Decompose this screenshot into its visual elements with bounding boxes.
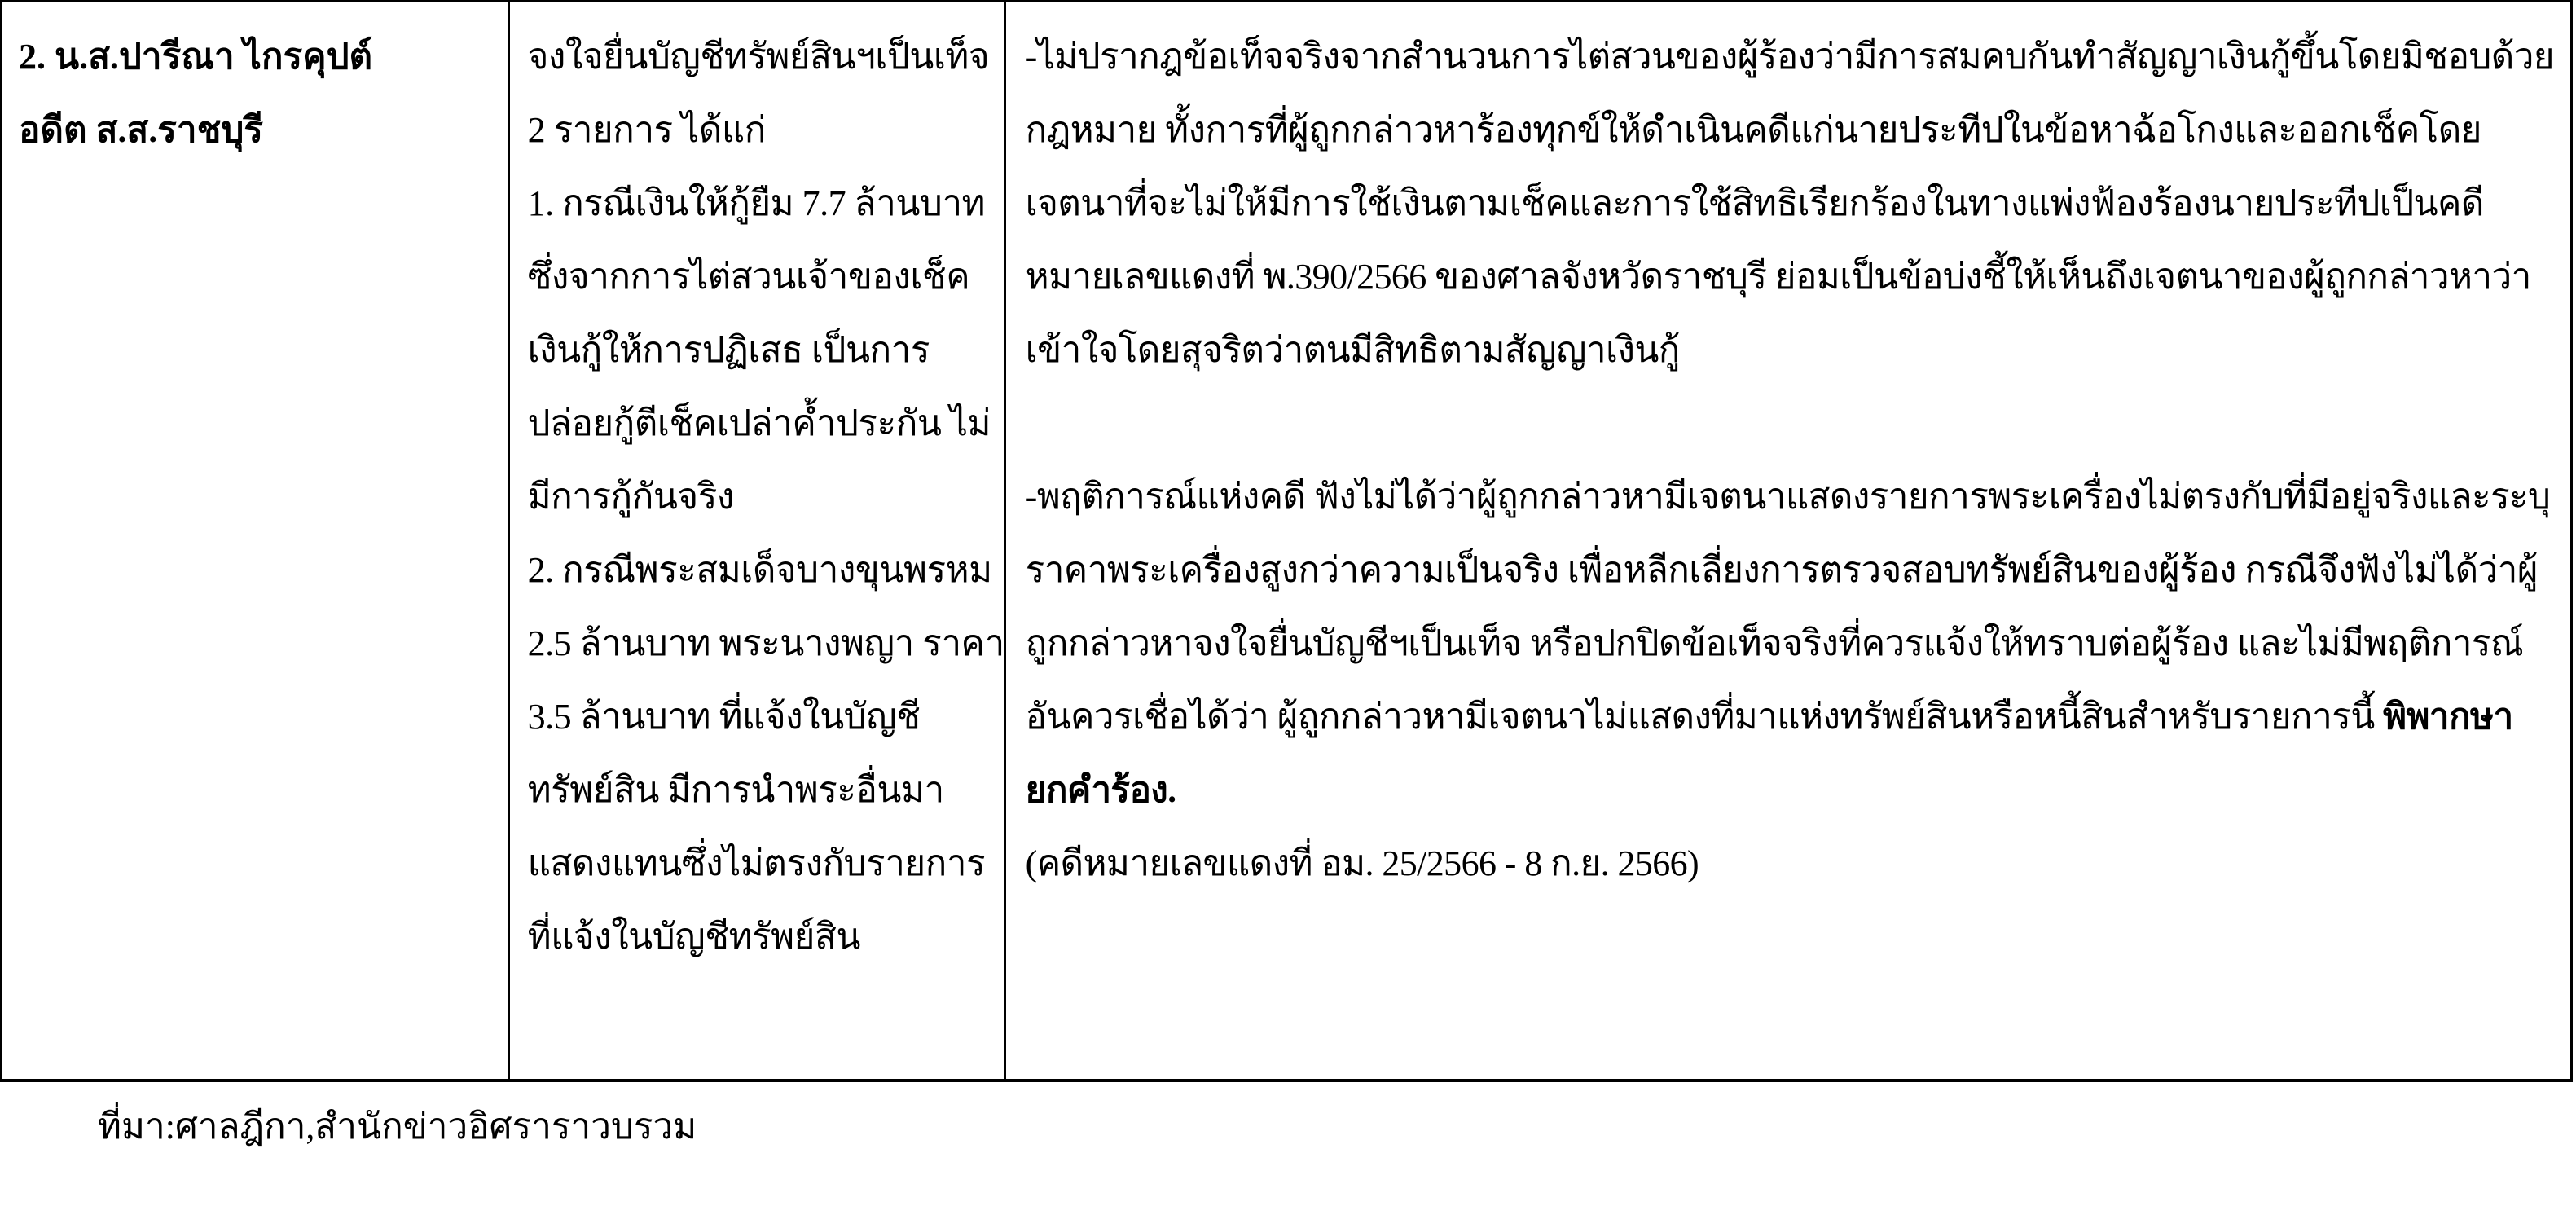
verdict-table: 2. น.ส.ปารีณา ไกรคุปต์ อดีต ส.ส.ราชบุรี … (0, 0, 2573, 1082)
verdict-ruling: ยกคำร้อง. (1026, 754, 2554, 827)
verdict-line: ถูกกล่าวหาจงใจยื่นบัญชีฯเป็นเท็จ หรือปกป… (1026, 607, 2554, 680)
charge-line: ปล่อยกู้ตีเช็คเปล่าค้ำประกัน ไม่ (528, 387, 1004, 460)
charge-line: จงใจยื่นบัญชีทรัพย์สินฯเป็นเท็จ (528, 20, 1004, 94)
verdict-line: กฎหมาย ทั้งการที่ผู้ถูกกล่าวหาร้องทุกข์ใ… (1026, 94, 2554, 167)
charge-line: 2. กรณีพระสมเด็จบางขุนพรหม (528, 534, 1004, 607)
charge-line: 2.5 ล้านบาท พระนางพญา ราคา (528, 607, 1004, 680)
verdict-line: -พฤติการณ์แห่งคดี ฟังไม่ได้ว่าผู้ถูกกล่า… (1026, 460, 2554, 534)
verdict-line: อันควรเชื่อได้ว่า ผู้ถูกกล่าวหามีเจตนาไม… (1026, 680, 2554, 754)
charge-line: 1. กรณีเงินให้กู้ยืม 7.7 ล้านบาท (528, 167, 1004, 240)
charge-line: แสดงแทนซึ่งไม่ตรงกับรายการ (528, 827, 1004, 900)
charge-line: ทรัพย์สิน มีการนำพระอื่นมา (528, 754, 1004, 827)
charge-line: มีการกู้กันจริง (528, 460, 1004, 534)
defendant-name-cell: 2. น.ส.ปารีณา ไกรคุปต์ อดีต ส.ส.ราชบุรี (2, 2, 510, 1079)
paragraph-spacer (1026, 387, 2554, 460)
verdict-line: เจตนาที่จะไม่ให้มีการใช้เงินตามเช็คและกา… (1026, 167, 2554, 240)
charge-line: เงินกู้ให้การปฏิเสธ เป็นการ (528, 314, 1004, 387)
defendant-position: อดีต ส.ส.ราชบุรี (19, 94, 508, 167)
charge-line: ที่แจ้งในบัญชีทรัพย์สิน (528, 900, 1004, 974)
verdict-line: ราคาพระเครื่องสูงกว่าความเป็นจริง เพื่อห… (1026, 534, 2554, 607)
verdict-cell: -ไม่ปรากฎข้อเท็จจริงจากสำนวนการไต่สวนของ… (1006, 2, 2570, 1079)
defendant-name: 2. น.ส.ปารีณา ไกรคุปต์ (19, 20, 508, 94)
charge-line: ซึ่งจากการไต่สวนเจ้าของเช็ค (528, 240, 1004, 314)
verdict-line: หมายเลขแดงที่ พ.390/2566 ของศาลจังหวัดรา… (1026, 240, 2554, 314)
verdict-line-text: อันควรเชื่อได้ว่า ผู้ถูกกล่าวหามีเจตนาไม… (1026, 697, 2383, 737)
verdict-line: -ไม่ปรากฎข้อเท็จจริงจากสำนวนการไต่สวนของ… (1026, 20, 2554, 94)
verdict-line: เข้าใจโดยสุจริตว่าตนมีสิทธิตามสัญญาเงินก… (1026, 314, 2554, 387)
charge-line: 3.5 ล้านบาท ที่แจ้งในบัญชี (528, 680, 1004, 754)
verdict-ruling-start: พิพากษา (2383, 697, 2512, 737)
case-reference: (คดีหมายเลขแดงที่ อม. 25/2566 - 8 ก.ย. 2… (1026, 827, 2554, 900)
source-caption: ที่มา:ศาลฎีกา,สำนักข่าวอิศราราวบรวม (98, 1090, 697, 1164)
charge-line: 2 รายการ ได้แก่ (528, 94, 1004, 167)
charge-cell: จงใจยื่นบัญชีทรัพย์สินฯเป็นเท็จ 2 รายการ… (510, 2, 1006, 1079)
